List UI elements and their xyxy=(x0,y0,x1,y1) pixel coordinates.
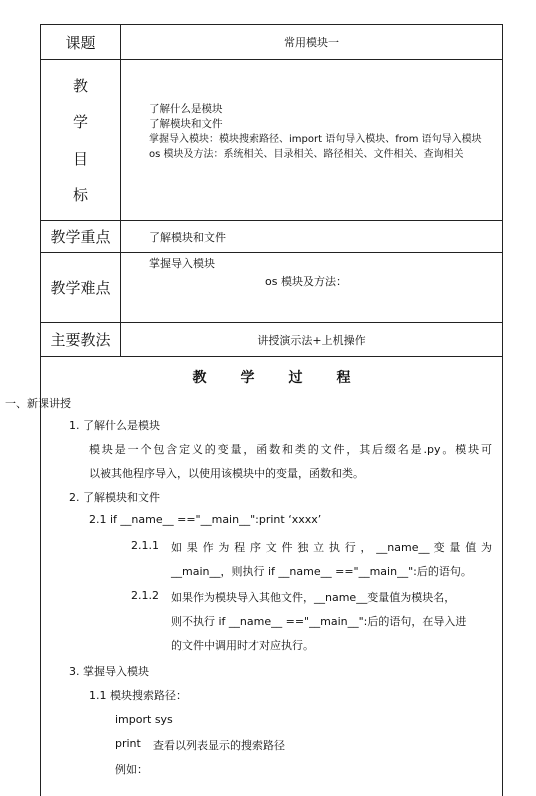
goals-label-char: 教 xyxy=(73,79,88,94)
item-1-para-line-2: 以被其他程序导入，以使用该模块中的变量，函数和类。 xyxy=(89,465,364,481)
method-value: 讲授演示法+上机操作 xyxy=(121,323,502,356)
goals-label: 教 学 目 标 xyxy=(41,60,121,220)
goal-item: 掌握导入模块：模块搜索路径、import 语句导入模块、from 语句导入模块 xyxy=(149,132,494,147)
code-line-print: print xyxy=(115,737,141,750)
goals-label-char: 标 xyxy=(73,188,88,203)
key-points-text: 了解模块和文件 xyxy=(149,229,226,245)
item-2-1-1-line-1: 如 果 作 为 程 序 文 件 独 立 执 行 ， __name__ 变 量 值… xyxy=(171,539,492,555)
goals-label-char: 目 xyxy=(73,152,88,167)
teaching-process: 教学过程 一、新课讲授 1. 了解什么是模块 模块是一个包含定义的变量，函数和类… xyxy=(41,357,502,796)
item-2-1-1-line-2: __main__，则执行 if __name__ =="__main__":后的… xyxy=(171,563,472,579)
lesson-plan-table: 课题 常用模块一 教 学 目 标 了解什么是模块 了解模块和文件 掌握导入模块：… xyxy=(40,24,503,796)
goals-row: 教 学 目 标 了解什么是模块 了解模块和文件 掌握导入模块：模块搜索路径、im… xyxy=(41,60,502,221)
item-2-1-2-line-2: 则不执行 if __name__ =="__main__":后的语句，在导入进 xyxy=(171,613,466,629)
item-2-1-2-line-1: 如果作为模块导入其他文件，__name__变量值为模块名， xyxy=(171,589,455,605)
goals-value: 了解什么是模块 了解模块和文件 掌握导入模块：模块搜索路径、import 语句导… xyxy=(121,60,502,220)
section-heading: 一、新课讲授 xyxy=(5,395,71,411)
item-2-1-1-number: 2.1.1 xyxy=(131,539,159,552)
topic-value: 常用模块一 xyxy=(121,25,502,59)
difficulties-row: 教学难点 掌握导入模块 os 模块及方法： xyxy=(41,253,502,323)
topic-label: 课题 xyxy=(41,25,121,59)
document-page: 课题 常用模块一 教 学 目 标 了解什么是模块 了解模块和文件 掌握导入模块：… xyxy=(0,0,536,796)
difficulties-value: 掌握导入模块 os 模块及方法： xyxy=(121,253,502,322)
code-line-import: import sys xyxy=(115,713,173,726)
item-1-para-line-1: 模块是一个包含定义的变量，函数和类的文件，其后缀名是.py。模块可 xyxy=(89,441,492,457)
method-label: 主要教法 xyxy=(41,323,121,356)
item-2-1-2-number: 2.1.2 xyxy=(131,589,159,602)
key-points-value: 了解模块和文件 xyxy=(121,221,502,252)
item-1-heading: 1. 了解什么是模块 xyxy=(69,417,160,433)
difficulties-line-2: os 模块及方法： xyxy=(265,273,347,289)
code-line-print-desc: 查看以列表显示的搜索路径 xyxy=(153,737,285,753)
method-row: 主要教法 讲授演示法+上机操作 xyxy=(41,323,502,357)
key-points-label: 教学重点 xyxy=(41,221,121,252)
goals-label-char: 学 xyxy=(73,115,88,130)
item-3-heading: 3. 掌握导入模块 xyxy=(69,663,149,679)
item-3-sub-heading: 1.1 模块搜索路径： xyxy=(89,687,187,703)
goal-item: 了解什么是模块 xyxy=(149,102,494,117)
topic-row: 课题 常用模块一 xyxy=(41,25,502,60)
item-2-1-2-line-3: 的文件中调用时才对应执行。 xyxy=(171,637,314,653)
goal-item: os 模块及方法：系统相关、目录相关、路径相关、文件相关、查询相关 xyxy=(149,147,494,162)
item-2-sub-heading: 2.1 if __name__ =="__main__":print ‘xxxx… xyxy=(89,513,321,526)
item-2-heading: 2. 了解模块和文件 xyxy=(69,489,160,505)
example-label: 例如： xyxy=(115,761,148,777)
process-title: 教学过程 xyxy=(41,367,502,387)
difficulties-label: 教学难点 xyxy=(41,253,121,322)
goals-list: 了解什么是模块 了解模块和文件 掌握导入模块：模块搜索路径、import 语句导… xyxy=(149,102,494,162)
key-points-row: 教学重点 了解模块和文件 xyxy=(41,221,502,253)
goal-item: 了解模块和文件 xyxy=(149,117,494,132)
difficulties-line-1: 掌握导入模块 xyxy=(149,255,215,271)
